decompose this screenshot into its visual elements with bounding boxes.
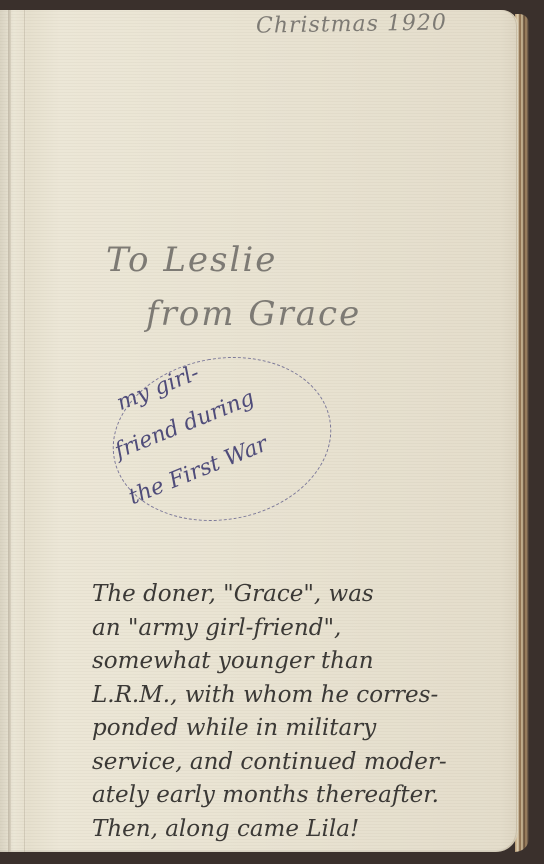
note-line: ponded while in military	[92, 712, 512, 746]
binding-fold-line	[24, 10, 25, 852]
note-line: an "army girl-friend",	[92, 612, 512, 646]
scanned-book-page: Christmas 1920 To Leslie from Grace my g…	[0, 0, 544, 864]
inscription-date: Christmas 1920	[256, 10, 447, 38]
note-line: L.R.M., with whom he corres-	[92, 679, 512, 713]
note-line: The doner, "Grace", was	[92, 578, 512, 612]
explanatory-note: The doner, "Grace", was an "army girl-fr…	[92, 578, 512, 846]
note-line: Then, along came Lila!	[92, 813, 512, 847]
note-line: service, and continued moder-	[92, 746, 512, 780]
note-line: somewhat younger than	[92, 645, 512, 679]
note-line: ately early months thereafter.	[92, 779, 512, 813]
inscription-giver: from Grace	[146, 294, 361, 334]
inscription-recipient: To Leslie	[106, 240, 277, 280]
binding-gutter	[8, 10, 11, 852]
